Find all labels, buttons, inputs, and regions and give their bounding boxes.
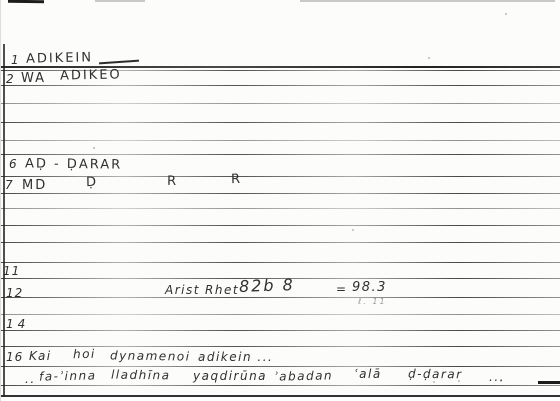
scan-artifact-bottom-right [538,381,560,384]
ruled-line [0,330,560,331]
scan-background [0,397,560,401]
arabic-dots-trail: ... [489,370,505,384]
entry-7-col-md: MD [22,178,47,193]
ruled-line [0,225,560,226]
citation-ref: 98.3 [352,280,387,295]
arabic-dots-lead: .. [25,372,36,386]
scan-speck [352,229,354,231]
scan-smudge [300,0,555,2]
scan-speck [433,381,435,383]
greek-word-dynamenoi: dynamenoi [110,348,191,363]
greek-word-adikein: adikein ... [198,350,273,364]
ruled-line [0,385,560,386]
ruled-line [0,176,560,177]
entry-7-number: 7 [5,178,14,192]
entry-16-number: 16 [6,350,23,364]
scan-artifact-top-left [8,0,44,3]
ruled-line [0,154,560,155]
entry-6-headword: AḌ - ḌARAR [25,156,122,172]
entry-6-number: 6 [9,157,18,171]
entry-12-number: 12 [6,286,23,300]
entry-7-col-d: Ḍ [86,175,98,190]
entry-1-headword: ADIKEIN [26,50,93,66]
equals-sign: = [336,282,348,296]
arabic-word-yaqdiruna: yaqdirūna [193,369,267,383]
entry-1-number: 1 [11,53,20,67]
margin-line [3,44,5,397]
arabic-word-abadan: ʾabadan [274,368,333,383]
ruled-line [0,366,560,367]
ruled-line [0,208,560,209]
arabic-word-fainna: fa-ʾinna [39,368,97,383]
greek-word-hoi: hoi [73,347,96,361]
correction-dash [99,60,139,64]
entry-2-word-adikeo: ADIKĒO [60,67,122,83]
ruled-line [0,122,560,123]
arabic-word-lladhina: lladhīna [111,368,171,383]
ruled-line [0,193,560,194]
index-card: 1 ADIKEIN 2 WA ADIKĒO 6 AḌ - ḌARAR 7 MD … [0,0,560,401]
entry-2-number: 2 [6,72,15,86]
ruled-line [0,140,560,141]
entry-7-col-r1: R [167,174,178,189]
scan-speck [505,13,507,15]
ruled-line [0,297,560,298]
ruled-line [0,85,560,86]
greek-word-kai: Kai [29,349,52,363]
ruled-line [0,262,560,263]
ruled-line [0,314,560,315]
ruled-line [0,103,560,104]
scan-smudge [95,0,145,2]
citation-author: Arist [165,283,200,297]
citation-subnote: ℓ. 11 [358,297,387,306]
ruled-line [0,242,560,243]
scan-speck [93,147,95,149]
entry-2-word-wa: WA [21,71,46,86]
citation-locus: 82b 8 [239,275,295,296]
arabic-word-ala: ʿalā [354,367,382,381]
entry-14-number: 14 [6,317,29,331]
entry-7-col-r2: R [231,172,242,187]
entry-11-number: 11 [3,264,20,278]
scan-speck [428,57,430,59]
citation-work: Rhet [205,283,239,297]
left-scan-edge [0,0,1,401]
arabic-word-ddarar: ḍ-ḍarar [408,367,463,382]
